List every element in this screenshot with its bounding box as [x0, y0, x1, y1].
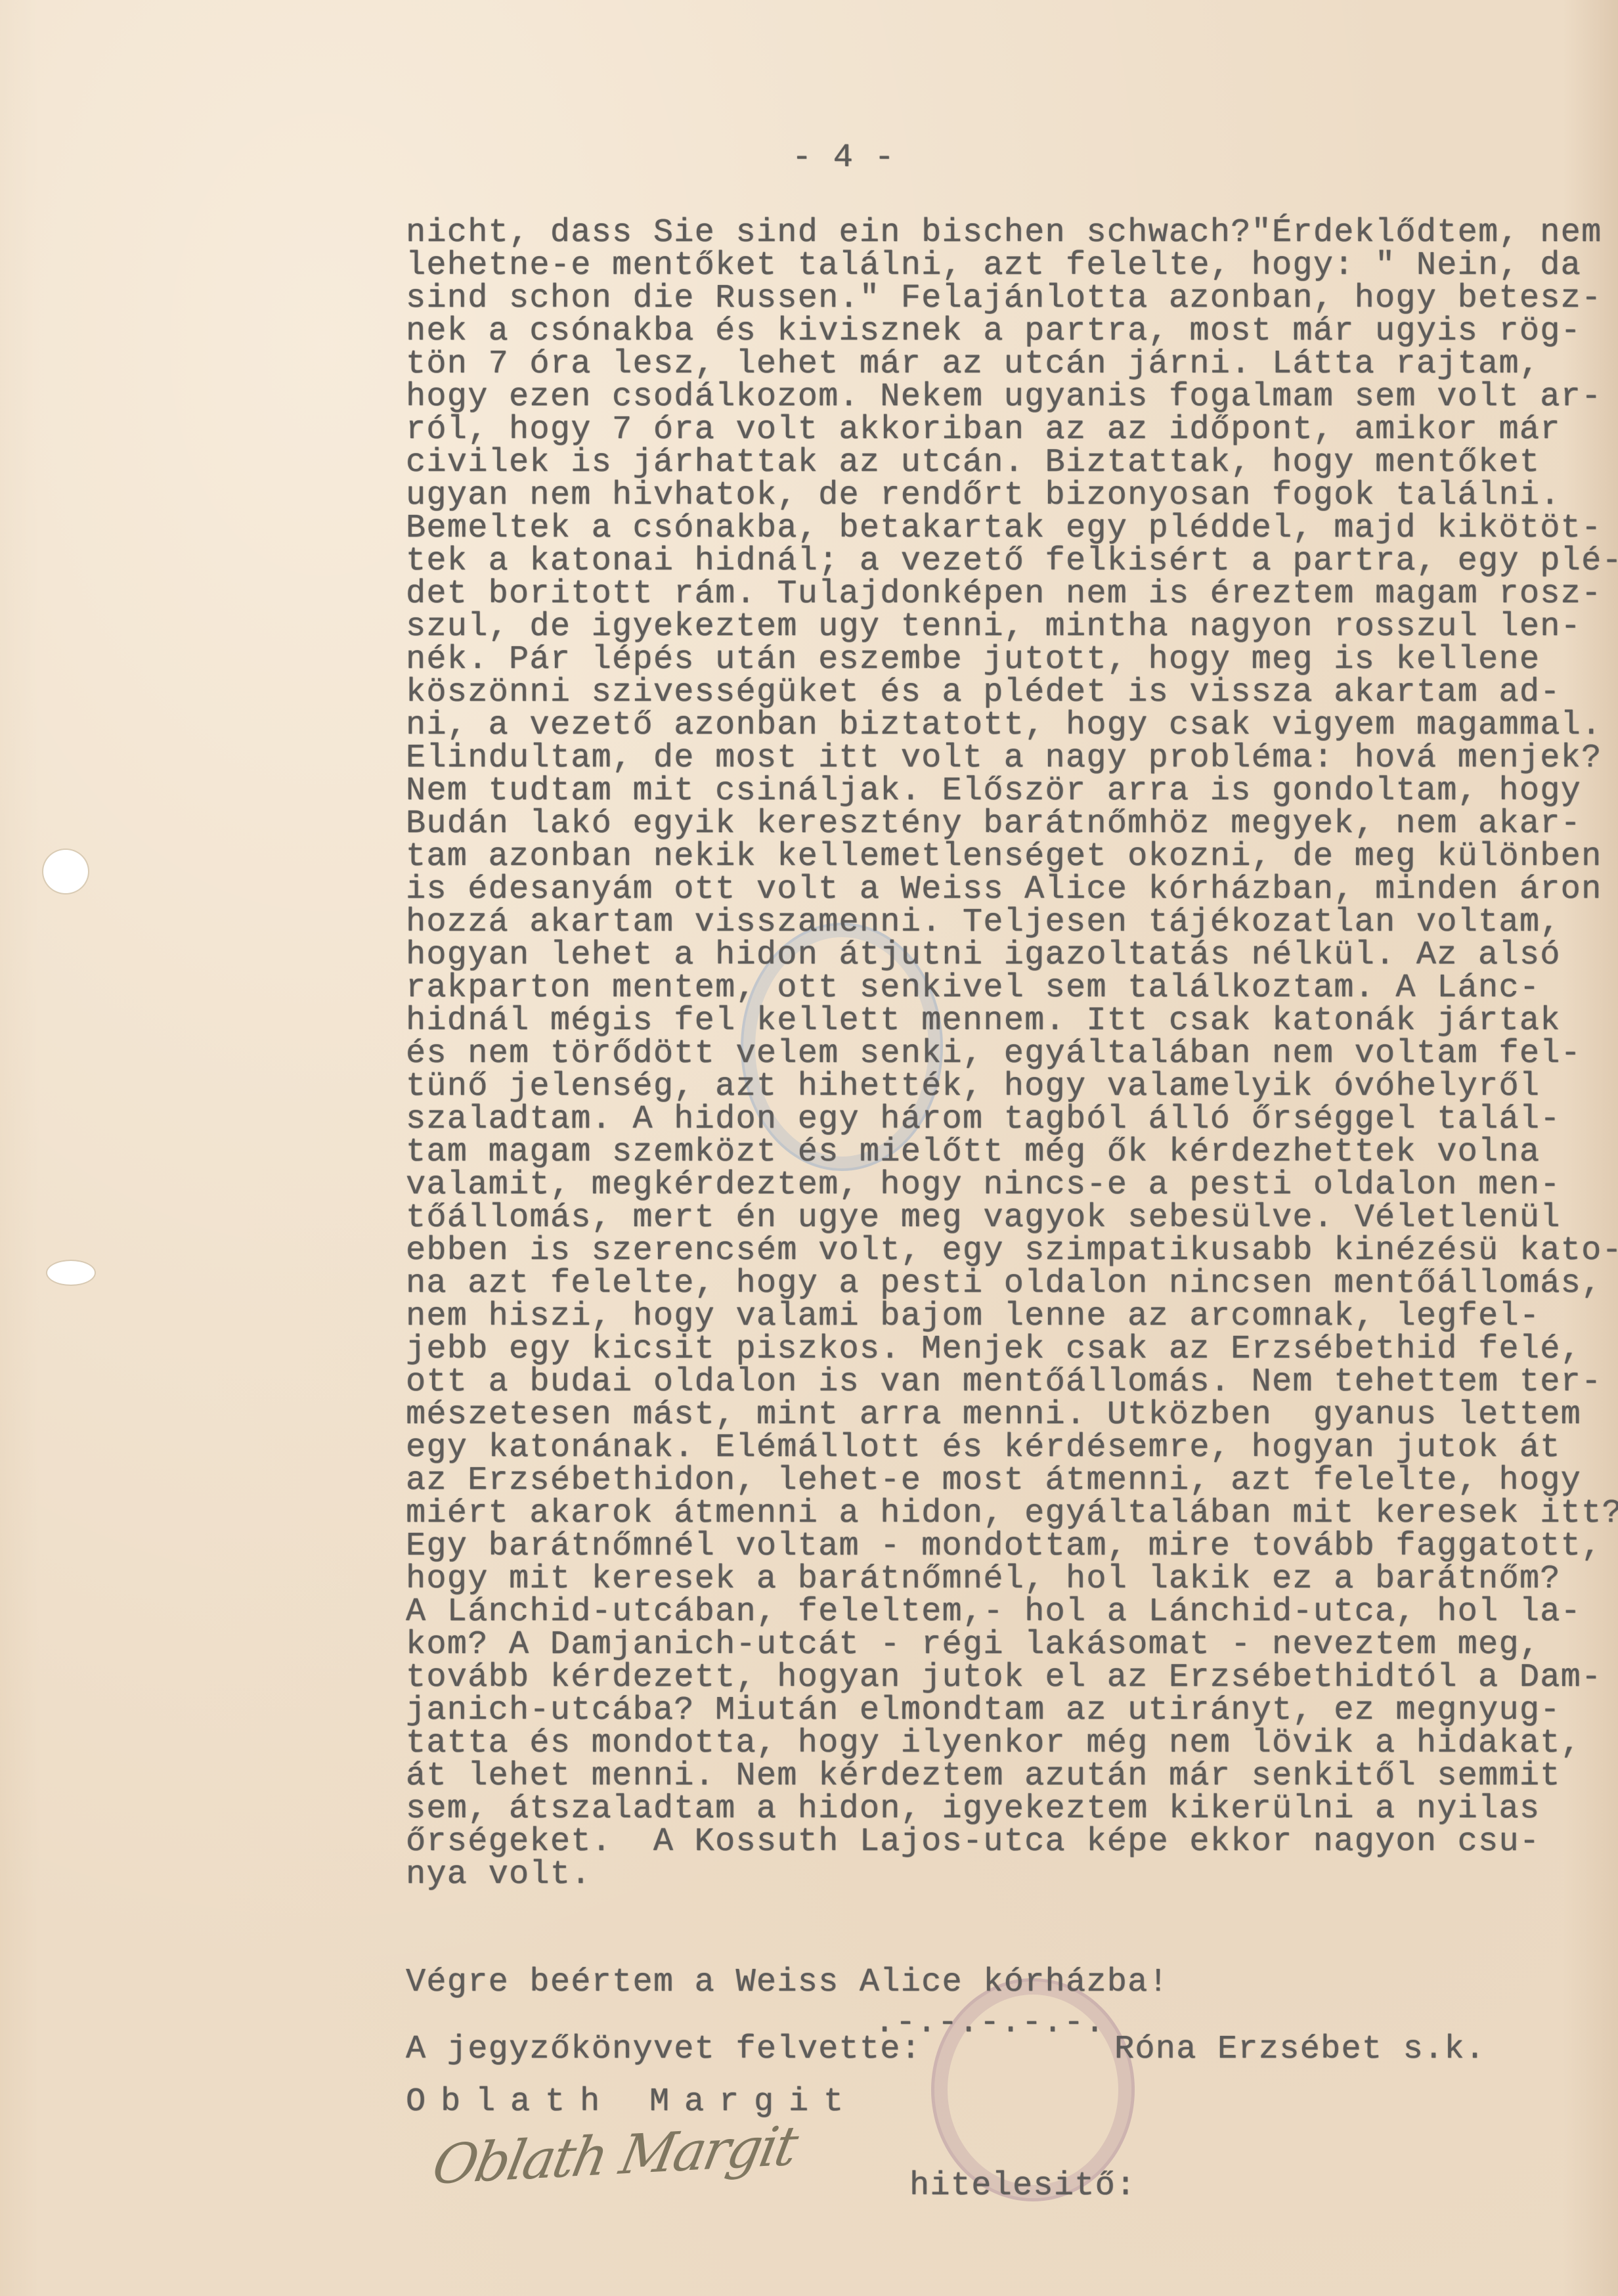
text-line: sind schon die Russen." Felajánlotta azo… — [406, 282, 1618, 315]
text-line: tőállomás, mert én ugye meg vagyok sebes… — [406, 1202, 1618, 1235]
text-line: Nem tudtam mit csináljak. Először arra i… — [406, 775, 1618, 808]
punch-hole — [47, 1261, 95, 1285]
text-line: is édesanyám ott volt a Weiss Alice kórh… — [406, 873, 1618, 906]
text-line: jebb egy kicsit piszkos. Menjek csak az … — [406, 1333, 1618, 1366]
text-line: nek a csónakba és kivisznek a partra, mo… — [406, 315, 1618, 348]
text-line: tön 7 óra lesz, lehet már az utcán járni… — [406, 348, 1618, 381]
text-line: tovább kérdezett, hogyan jutok el az Erz… — [406, 1662, 1618, 1694]
text-line: egy katonának. Elémállott és kérdésemre,… — [406, 1432, 1618, 1465]
text-line: hozzá akartam visszamenni. Teljesen tájé… — [406, 906, 1618, 939]
text-line: nya volt. — [406, 1859, 1618, 1891]
text-line: Elindultam, de most itt volt a nagy prob… — [406, 742, 1618, 775]
text-line: ugyan nem hivhatok, de rendőrt bizonyosa… — [406, 479, 1618, 512]
text-line: miért akarok átmenni a hidon, egyáltaláb… — [406, 1497, 1618, 1530]
text-line: ról, hogy 7 óra volt akkoriban az az idő… — [406, 414, 1618, 447]
certifier-label: hitelesitő: — [909, 2167, 1136, 2205]
text-line: nem hiszi, hogy valami bajom lenne az ar… — [406, 1300, 1618, 1333]
text-line: lehetne-e mentőket találni, azt felelte,… — [406, 250, 1618, 282]
text-line: ni, a vezető azonban biztatott, hogy csa… — [406, 709, 1618, 742]
text-line: őrségeket. A Kossuth Lajos-utca képe ekk… — [406, 1826, 1618, 1859]
text-line: Bemeltek a csónakba, betakartak egy pléd… — [406, 512, 1618, 545]
handwritten-signature: Oblath Margit — [427, 2115, 801, 2197]
text-line: szul, de igyekeztem ugy tenni, mintha na… — [406, 611, 1618, 644]
text-line: tatta és mondotta, hogy ilyenkor még nem… — [406, 1727, 1618, 1760]
text-line: hogyan lehet a hidon átjutni igazoltatás… — [406, 939, 1618, 972]
text-line: hogy ezen csodálkozom. Nekem ugyanis fog… — [406, 381, 1618, 414]
recorder-label: A jegyzőkönyvet felvette: — [406, 2031, 921, 2068]
text-line: tam magam szemközt és mielőtt még ők kér… — [406, 1136, 1618, 1169]
text-line: nicht, dass Sie sind ein bischen schwach… — [406, 217, 1618, 250]
document-page: - 4 - nicht, dass Sie sind ein bischen s… — [0, 0, 1618, 2296]
text-line: janich-utcába? Miután elmondtam az utirá… — [406, 1694, 1618, 1727]
closing-line: Végre beértem a Weiss Alice kórházba! — [406, 1964, 1169, 2001]
recorder-name: Róna Erzsébet s.k. — [1114, 2031, 1485, 2068]
text-line: nék. Pár lépés után eszembe jutott, hogy… — [406, 644, 1618, 676]
punch-hole — [43, 850, 88, 893]
text-line: át lehet menni. Nem kérdeztem azután már… — [406, 1760, 1618, 1793]
text-line: az Erzsébethidon, lehet-e most átmenni, … — [406, 1465, 1618, 1497]
text-line: tek a katonai hidnál; a vezető felkisért… — [406, 545, 1618, 578]
text-line: hidnál mégis fel kellett mennem. Itt csa… — [406, 1005, 1618, 1038]
text-line: és nem törődött velem senki, egyáltalába… — [406, 1038, 1618, 1071]
text-line: valamit, megkérdeztem, hogy nincs-e a pe… — [406, 1169, 1618, 1202]
text-line: civilek is járhattak az utcán. Biztattak… — [406, 447, 1618, 479]
text-line: sem, átszaladtam a hidon, igyekeztem kik… — [406, 1793, 1618, 1826]
text-line: det boritott rám. Tulajdonképen nem is é… — [406, 578, 1618, 611]
text-line: Egy barátnőmnél voltam - mondottam, mire… — [406, 1530, 1618, 1563]
text-line: Budán lakó egyik keresztény barátnőmhöz … — [406, 808, 1618, 841]
text-line: ott a budai oldalon is van mentőállomás.… — [406, 1366, 1618, 1399]
text-line: rakparton mentem, ott senkivel sem talál… — [406, 972, 1618, 1005]
text-line: tünő jelenség, azt hihették, hogy valame… — [406, 1071, 1618, 1103]
text-line: hogy mit keresek a barátnőmnél, hol laki… — [406, 1563, 1618, 1596]
text-line: na azt felelte, hogy a pesti oldalon nin… — [406, 1268, 1618, 1300]
text-line: A Lánchid-utcában, feleltem,- hol a Lánc… — [406, 1596, 1618, 1629]
body-text: nicht, dass Sie sind ein bischen schwach… — [406, 217, 1618, 1891]
text-line: kom? A Damjanich-utcát - régi lakásomat … — [406, 1629, 1618, 1662]
page-number: - 4 - — [792, 139, 895, 177]
text-line: köszönni szivességüket és a plédet is vi… — [406, 676, 1618, 709]
text-line: szaladtam. A hidon egy három tagból álló… — [406, 1103, 1618, 1136]
text-line: ebben is szerencsém volt, egy szimpatiku… — [406, 1235, 1618, 1268]
text-line: tam azonban nekik kellemetlenséget okozn… — [406, 841, 1618, 873]
text-line: mészetesen mást, mint arra menni. Utközb… — [406, 1399, 1618, 1432]
